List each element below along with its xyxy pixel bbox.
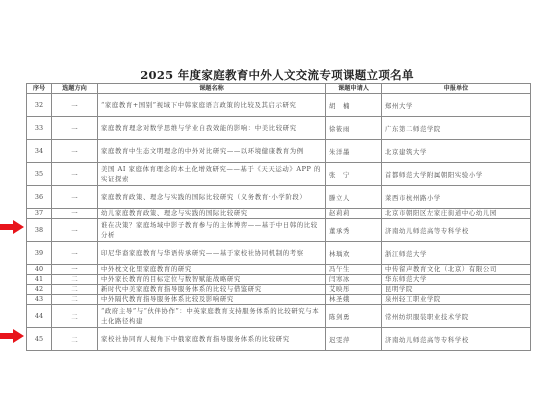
- row-number: 35: [27, 163, 52, 186]
- row-applicant: 林瑀欢: [326, 242, 382, 265]
- project-list-table: 序号 选题方向 课题名称 课题申请人 申报单位 32一“家庭教育+国别”视域下中…: [26, 83, 531, 351]
- row-number: 37: [27, 209, 52, 219]
- row-applicant: 滕立人: [326, 186, 382, 209]
- row-topic: 美国 AI 家庭体育理念的本土化增效研究——基于《天天运动》APP 的实证探索: [98, 163, 326, 186]
- document-title: 2025 年度家庭教育中外人文交流专项课题立项名单: [0, 67, 554, 83]
- table-row: 43二中外隔代教育指导服务体系比较及影响研究林圣娥泉州轻工职业学院: [27, 295, 531, 305]
- row-unit: 广东第二师范学院: [382, 117, 531, 140]
- row-number: 32: [27, 94, 52, 117]
- row-topic: 谁在决策？家庭场域中影子教育参与的主体博弈——基于中日韩的比较分析: [98, 219, 326, 242]
- table-row: 37一幼儿家庭教育政策、理念与实践的国际比较研究赵莉莉北京市朝阳区左家庄街道中心…: [27, 209, 531, 219]
- row-unit: 北京市朝阳区左家庄街道中心幼儿园: [382, 209, 531, 219]
- row-applicant: 朱洋墨: [326, 140, 382, 163]
- table-row: 38一谁在决策？家庭场域中影子教育参与的主体博弈——基于中日韩的比较分析董承秀济…: [27, 219, 531, 242]
- table-row: 42二新时代中美家庭教育指导服务体系的比较与借鉴研究艾映彤昆明学院: [27, 285, 531, 295]
- table-row: 44二“政府主导”与“伙伴协作”：中英家庭教育支持服务体系的比较研究与本土化路径…: [27, 305, 531, 328]
- row-unit: 郑州大学: [382, 94, 531, 117]
- row-unit: 莱西市杭州路小学: [382, 186, 531, 209]
- row-applicant: 冯午生: [326, 265, 382, 275]
- row-unit: 华东师范大学: [382, 275, 531, 285]
- row-number: 40: [27, 265, 52, 275]
- table-row: 32一“家庭教育+国别”视域下中韩家庭语言政策的比较及其启示研究胡 楠郑州大学: [27, 94, 531, 117]
- row-topic: 中外枕文化里家庭教育的研究: [98, 265, 326, 275]
- row-unit: 济南幼儿师范高等专科学校: [382, 328, 531, 351]
- row-direction: 二: [52, 295, 98, 305]
- row-unit: 泉州轻工职业学院: [382, 295, 531, 305]
- row-direction: 一: [52, 265, 98, 275]
- row-applicant: 徐筱雨: [326, 117, 382, 140]
- row-number: 33: [27, 117, 52, 140]
- row-direction: 二: [52, 305, 98, 328]
- table-row: 45二家校社协同育人视角下中俄家庭教育指导服务体系的比较研究迟雯萍济南幼儿师范高…: [27, 328, 531, 351]
- table-row: 35一美国 AI 家庭体育理念的本土化增效研究——基于《天天运动》APP 的实证…: [27, 163, 531, 186]
- table-row: 36一家庭教育政策、理念与实践的国际比较研究（义务教育·小学阶段）滕立人莱西市杭…: [27, 186, 531, 209]
- header-num: 序号: [27, 84, 52, 94]
- row-number: 43: [27, 295, 52, 305]
- row-number: 39: [27, 242, 52, 265]
- table-row: 33一家庭教育理念对数学思维与学业自我效能的影响：中美比较研究徐筱雨广东第二师范…: [27, 117, 531, 140]
- row-direction: 一: [52, 219, 98, 242]
- row-topic: 中外家长教育的目标定位与数智赋能战略研究: [98, 275, 326, 285]
- row-applicant: 胡 楠: [326, 94, 382, 117]
- row-direction: 二: [52, 275, 98, 285]
- row-direction: 一: [52, 140, 98, 163]
- row-topic: 印尼华裔家庭教育与华语传承研究——基于家校社协同机制的考察: [98, 242, 326, 265]
- table-row: 39一印尼华裔家庭教育与华语传承研究——基于家校社协同机制的考察林瑀欢浙江师范大…: [27, 242, 531, 265]
- table-header-row: 序号 选题方向 课题名称 课题申请人 申报单位: [27, 84, 531, 94]
- row-number: 41: [27, 275, 52, 285]
- row-applicant: 张 宁: [326, 163, 382, 186]
- table-row: 40一中外枕文化里家庭教育的研究冯午生中传留声教育文化（北京）有限公司: [27, 265, 531, 275]
- row-direction: 一: [52, 94, 98, 117]
- row-number: 44: [27, 305, 52, 328]
- row-unit: 昆明学院: [382, 285, 531, 295]
- row-number: 34: [27, 140, 52, 163]
- row-applicant: 赵莉莉: [326, 209, 382, 219]
- row-unit: 常州纺织服装职业技术学院: [382, 305, 531, 328]
- red-arrow-icon: [0, 329, 24, 343]
- row-topic: 幼儿家庭教育政策、理念与实践的国际比较研究: [98, 209, 326, 219]
- row-direction: 二: [52, 328, 98, 351]
- header-unit: 申报单位: [382, 84, 531, 94]
- row-applicant: 陈剑勇: [326, 305, 382, 328]
- row-topic: 中外隔代教育指导服务体系比较及影响研究: [98, 295, 326, 305]
- row-number: 38: [27, 219, 52, 242]
- row-unit: 北京建筑大学: [382, 140, 531, 163]
- row-unit: 浙江师范大学: [382, 242, 531, 265]
- header-direction: 选题方向: [52, 84, 98, 94]
- row-topic: 家庭教育政策、理念与实践的国际比较研究（义务教育·小学阶段）: [98, 186, 326, 209]
- row-number: 45: [27, 328, 52, 351]
- row-topic: “政府主导”与“伙伴协作”：中英家庭教育支持服务体系的比较研究与本土化路径构建: [98, 305, 326, 328]
- row-direction: 一: [52, 163, 98, 186]
- row-topic: 家校社协同育人视角下中俄家庭教育指导服务体系的比较研究: [98, 328, 326, 351]
- row-number: 42: [27, 285, 52, 295]
- red-arrow-icon: [0, 220, 24, 234]
- row-applicant: 迟雯萍: [326, 328, 382, 351]
- row-applicant: 艾映彤: [326, 285, 382, 295]
- row-direction: 一: [52, 209, 98, 219]
- header-topic: 课题名称: [98, 84, 326, 94]
- row-topic: 新时代中美家庭教育指导服务体系的比较与借鉴研究: [98, 285, 326, 295]
- row-direction: 一: [52, 117, 98, 140]
- header-applicant: 课题申请人: [326, 84, 382, 94]
- row-applicant: 董承秀: [326, 219, 382, 242]
- row-unit: 济南幼儿师范高等专科学校: [382, 219, 531, 242]
- row-applicant: 林圣娥: [326, 295, 382, 305]
- row-unit: 首都师范大学附属朝阳实验小学: [382, 163, 531, 186]
- table-row: 41二中外家长教育的目标定位与数智赋能战略研究闫寒冰华东师范大学: [27, 275, 531, 285]
- row-topic: 家庭教育理念对数学思维与学业自我效能的影响：中美比较研究: [98, 117, 326, 140]
- row-unit: 中传留声教育文化（北京）有限公司: [382, 265, 531, 275]
- row-number: 36: [27, 186, 52, 209]
- row-topic: “家庭教育+国别”视域下中韩家庭语言政策的比较及其启示研究: [98, 94, 326, 117]
- table-row: 34一家庭教育中生态文明理念的中外对比研究——以环境健康教育为例朱洋墨北京建筑大…: [27, 140, 531, 163]
- row-direction: 一: [52, 186, 98, 209]
- row-applicant: 闫寒冰: [326, 275, 382, 285]
- row-topic: 家庭教育中生态文明理念的中外对比研究——以环境健康教育为例: [98, 140, 326, 163]
- row-direction: 二: [52, 285, 98, 295]
- row-direction: 一: [52, 242, 98, 265]
